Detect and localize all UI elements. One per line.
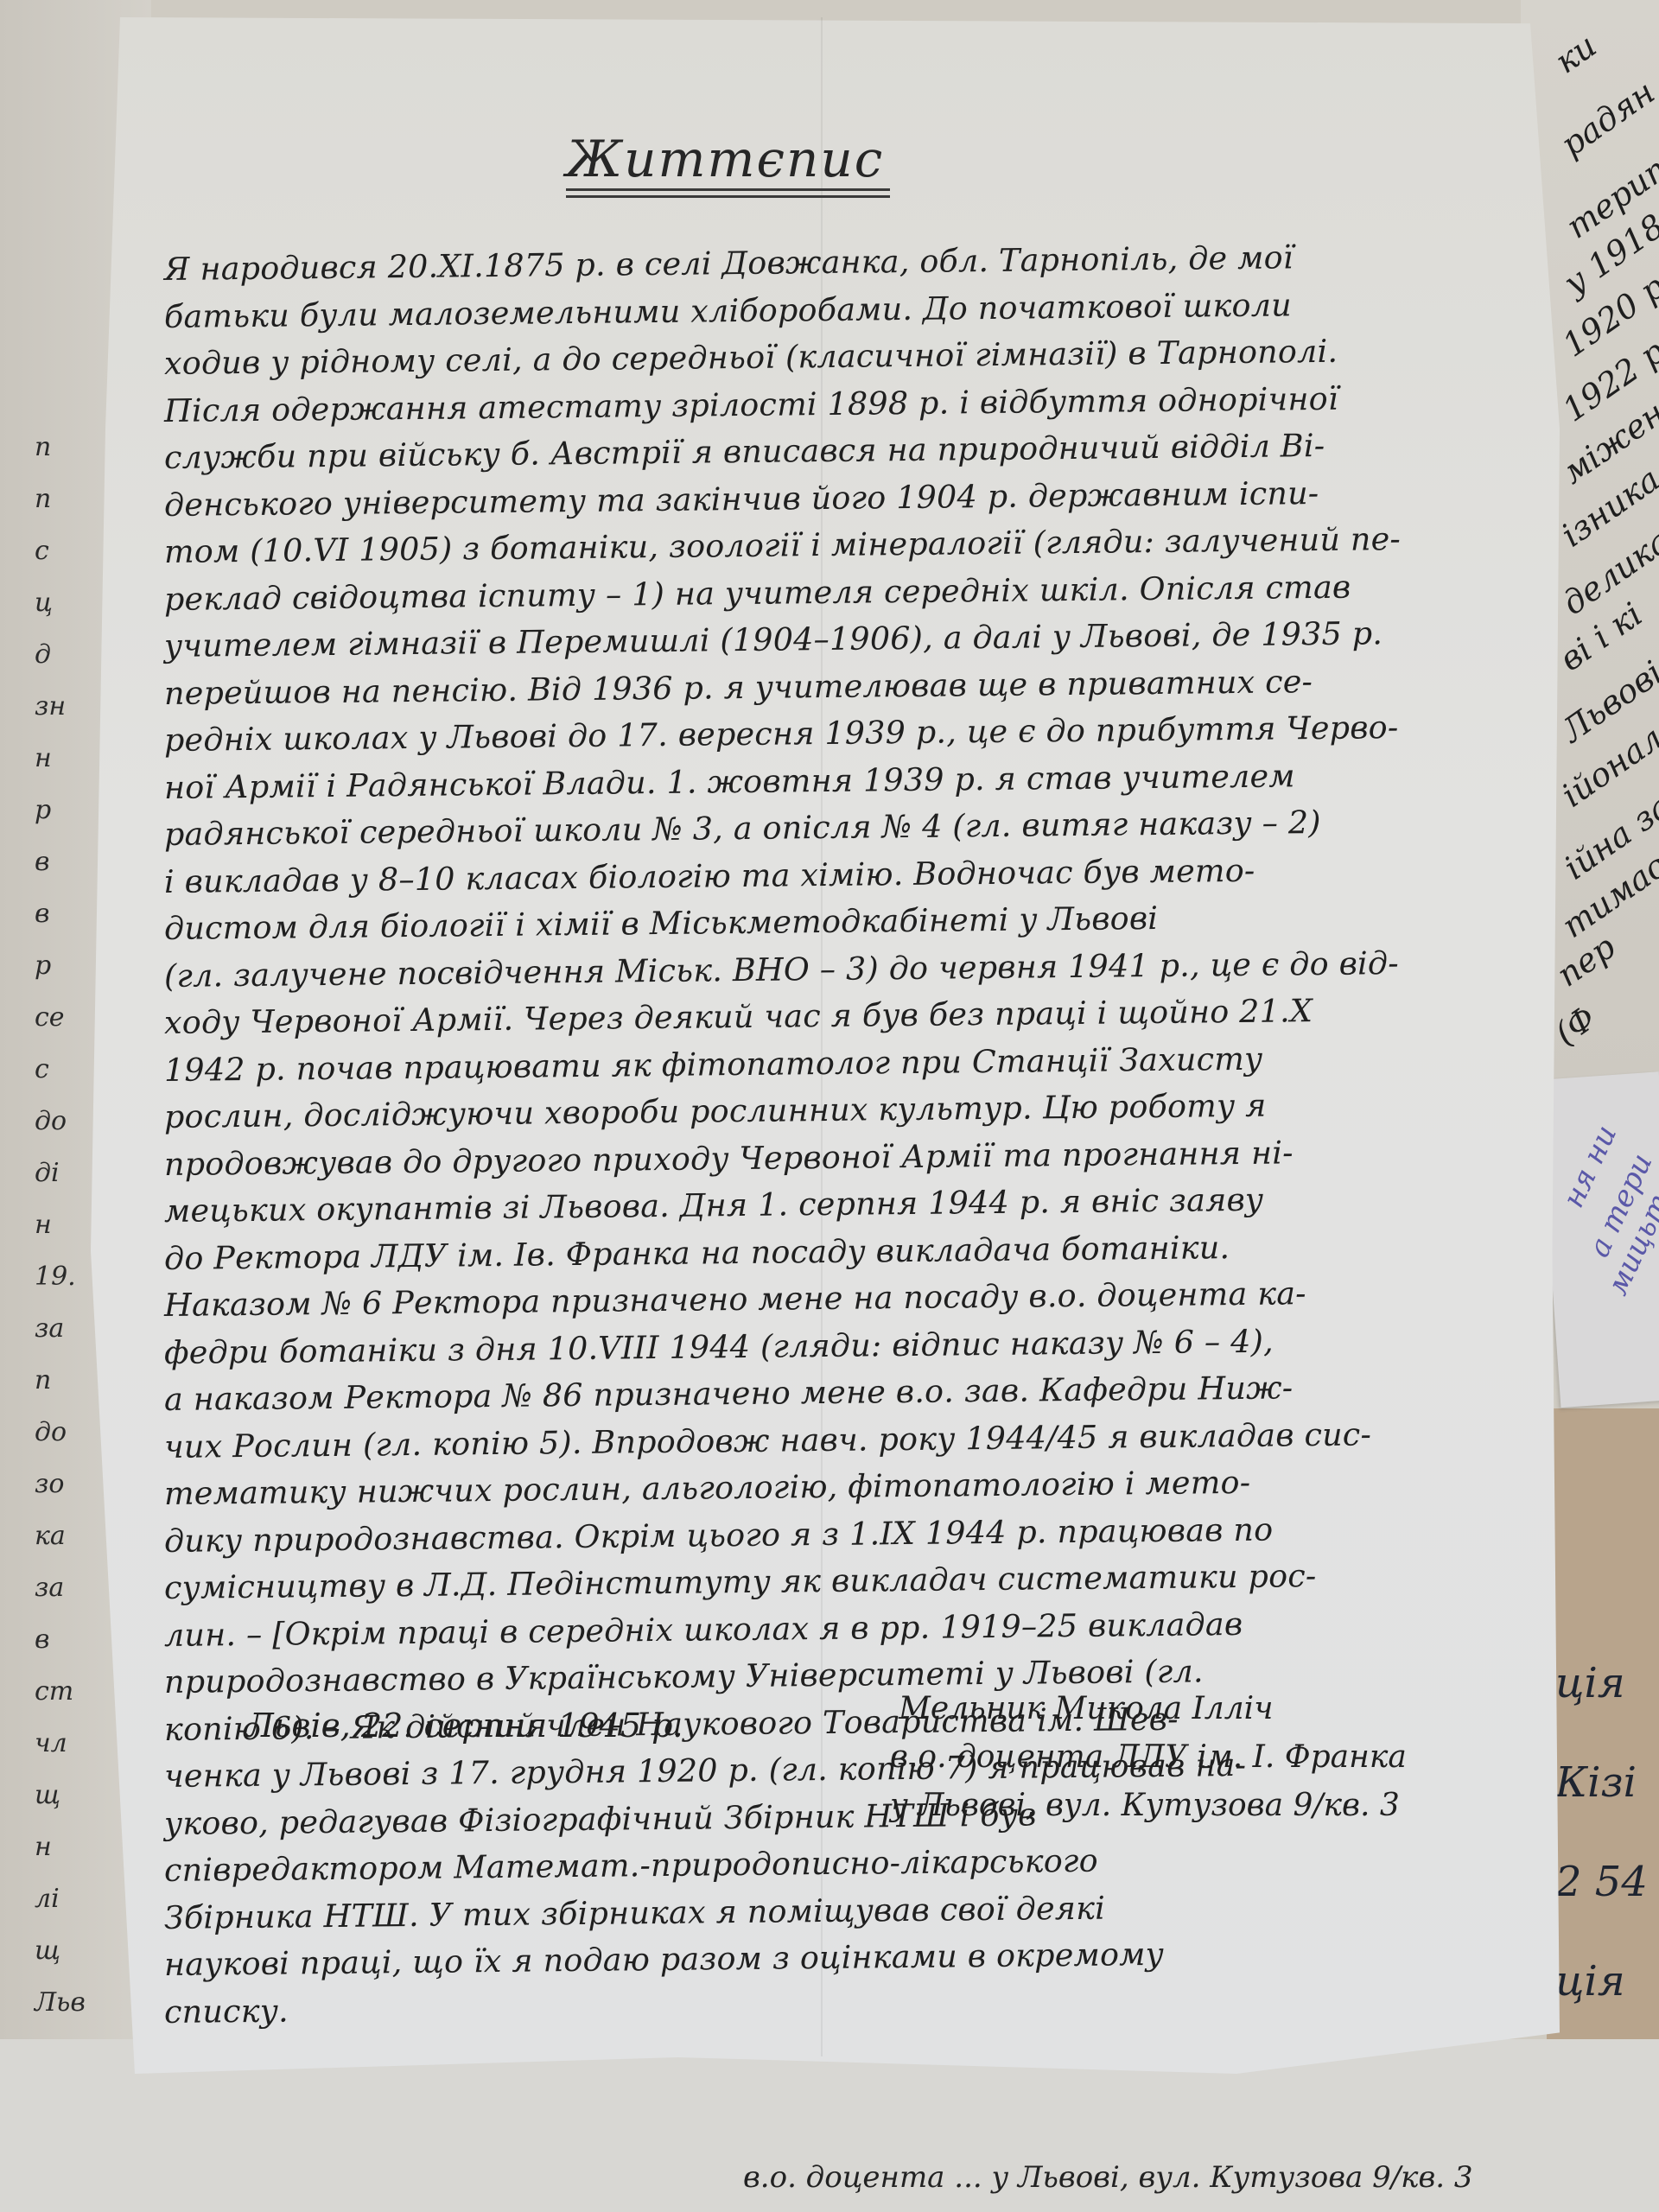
background-fragment: н	[35, 1210, 52, 1240]
under-sheet-address: в.о. доцента ... у Львові, вул. Кутузова…	[743, 2160, 1473, 2195]
place-and-date: Львів, 22. серпня 1945 р.	[246, 1707, 683, 1745]
background-fragment: д	[35, 639, 51, 670]
cardboard-fragment: 2 54	[1555, 1858, 1648, 1906]
signature-block: Мельник Микола Ілліч в.о. доцента ЛДУ ім…	[890, 1685, 1407, 1830]
background-fragment: ст	[35, 1676, 73, 1707]
background-fragment: до	[35, 1106, 67, 1136]
background-fragment: р	[35, 950, 51, 981]
background-fragment: зн	[35, 691, 66, 721]
background-fragment: с	[35, 536, 49, 566]
cardboard-fragment: Кізі	[1555, 1758, 1637, 1807]
background-fragment: зо	[35, 1469, 64, 1499]
document-title: Життєпис	[566, 130, 884, 188]
background-fragment: щ	[35, 1935, 60, 1966]
background-fragment: лі	[35, 1884, 60, 1914]
background-fragment: п	[35, 1365, 51, 1395]
background-fragment: щ	[35, 1780, 60, 1810]
background-fragment: до	[35, 1417, 67, 1447]
background-fragment: ц	[35, 588, 53, 618]
background-fragment: ка	[35, 1521, 66, 1551]
background-fragment: в	[35, 899, 49, 929]
background-fragment: в	[35, 1624, 49, 1655]
title-double-underline	[566, 188, 890, 198]
background-fragment: Льв	[35, 1987, 86, 2018]
background-fragment: се	[35, 1002, 65, 1033]
signature-position: в.о. доцента ЛДУ ім. І. Франка	[890, 1733, 1407, 1782]
background-fragment: чл	[35, 1728, 67, 1758]
background-fragment: за	[35, 1313, 64, 1344]
cardboard-fragment: ція	[1555, 1957, 1625, 2005]
background-fragment: с	[35, 1054, 49, 1084]
background-fragment: 19.	[35, 1262, 76, 1292]
background-fragment: п	[35, 484, 51, 514]
signature-name: Мельник Микола Ілліч	[899, 1685, 1407, 1733]
background-fragment: р	[35, 795, 51, 825]
signature-address: у Львові, вул. Кутузова 9/кв. 3	[890, 1782, 1407, 1830]
background-fragment: н	[35, 743, 52, 773]
background-fragment: ді	[35, 1158, 60, 1188]
background-fragment: п	[35, 432, 51, 462]
background-fragment: за	[35, 1573, 64, 1603]
cardboard-fragment: ція	[1555, 1659, 1625, 1707]
background-fragment: в	[35, 847, 49, 877]
background-fragment: н	[35, 1832, 52, 1862]
